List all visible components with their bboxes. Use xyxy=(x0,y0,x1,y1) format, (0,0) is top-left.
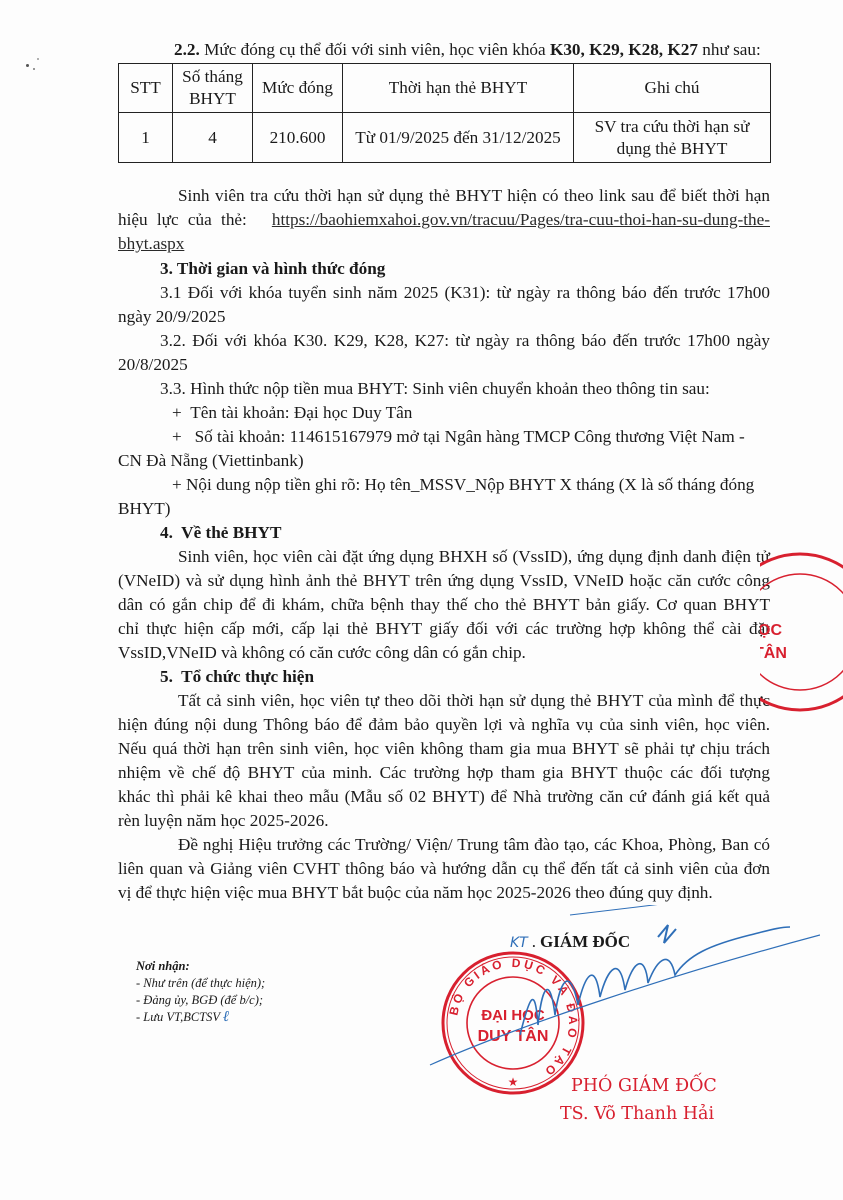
section-5-heading: 5. Tổ chức thực hiện xyxy=(160,665,314,689)
table-header-row: STT Số thángBHYT Mức đóng Thời hạn thẻ B… xyxy=(119,64,771,113)
table-row: 1 4 210.600 Từ 01/9/2025 đến 31/12/2025 … xyxy=(119,113,771,163)
bullet-text: Nội dung nộp tiền ghi rõ: Họ tên_MSSV_Nộ… xyxy=(186,475,754,494)
recipient-text: - Lưu VT,BCTSV xyxy=(136,1010,220,1024)
bullet-marker: + xyxy=(172,427,182,446)
bullet-account-number-cont: CN Đà Nẵng (Viettinbank) xyxy=(118,449,304,473)
section-4-line: (VNeID) và sử dụng hình ảnh thẻ BHYT trê… xyxy=(118,569,770,593)
section-5-para2-line: liên quan và Giảng viên CVHT thông báo v… xyxy=(118,857,770,881)
recipient-item: - Đảng ủy, BGĐ (để b/c); xyxy=(136,992,265,1009)
section-5-para1-line: Tất cả sinh viên, học viên tự theo dõi t… xyxy=(178,689,770,713)
header-months-line1: Số tháng xyxy=(182,67,243,86)
stamp-partial-line2: TÂN xyxy=(760,643,787,662)
handwritten-signature xyxy=(420,905,820,1075)
initial-mark: ℓ xyxy=(223,1009,229,1025)
section-5-para1-line: khác thì phải kê khai theo mẫu (Mẫu số 0… xyxy=(118,785,770,809)
section-number: 2.2. xyxy=(174,40,200,59)
heading-text: Mức đóng cụ thể đối với sinh viên, học v… xyxy=(200,40,550,59)
recipient-item: - Lưu VT,BCTSV ℓ xyxy=(136,1009,265,1026)
section-4-heading: 4. Về thẻ BHYT xyxy=(160,521,281,545)
bullet-text: Số tài khoản: 114615167979 mở tại Ngân h… xyxy=(195,427,745,446)
bullet-text: Tên tài khoản: Đại học Duy Tân xyxy=(190,403,412,422)
cell-fee: 210.600 xyxy=(253,113,343,163)
header-fee: Mức đóng xyxy=(253,64,343,113)
header-stt: STT xyxy=(119,64,173,113)
fee-table: STT Số thángBHYT Mức đóng Thời hạn thẻ B… xyxy=(118,63,771,163)
header-months: Số thángBHYT xyxy=(173,64,253,113)
item-3-3: 3.3. Hình thức nộp tiền mua BHYT: Sinh v… xyxy=(160,377,710,401)
signer-role: PHÓ GIÁM ĐỐC xyxy=(571,1076,717,1096)
bullet-marker: + xyxy=(172,403,182,422)
section-2-2-heading: 2.2. Mức đóng cụ thể đối với sinh viên, … xyxy=(174,38,761,62)
lookup-line3: bhyt.aspx xyxy=(118,232,184,256)
stamp-star-icon: ★ xyxy=(508,1075,519,1089)
cell-period: Từ 01/9/2025 đến 31/12/2025 xyxy=(343,113,574,163)
item-3-2-line2: 20/8/2025 xyxy=(118,353,188,377)
section-5-para1-line: nhiệm về chế độ BHYT của minh. Các trườn… xyxy=(118,761,770,785)
cell-stt: 1 xyxy=(119,113,173,163)
scan-speck xyxy=(33,68,35,70)
cell-months: 4 xyxy=(173,113,253,163)
section-4-line: dân có gắn chip để đi khám, chữa bệnh th… xyxy=(118,593,770,617)
partial-stamp: ỌC TÂN ĐÀO TẠO xyxy=(760,540,843,740)
bhyt-lookup-link-cont[interactable]: bhyt.aspx xyxy=(118,234,184,253)
section-3-heading: 3. Thời gian và hình thức đóng xyxy=(160,257,385,281)
section-4-line: Sinh viên, học viên cài đặt ứng dụng BHX… xyxy=(178,545,770,569)
section-5-para1-line: Nếu quá thời hạn trên sinh viên, học viê… xyxy=(118,737,770,761)
cell-note: SV tra cứu thời hạn sửdụng thẻ BHYT xyxy=(574,113,771,163)
bullet-payment-content: + Nội dung nộp tiền ghi rõ: Họ tên_MSSV_… xyxy=(172,473,754,497)
bullet-payment-content-cont: BHYT) xyxy=(118,497,171,521)
header-note: Ghi chú xyxy=(574,64,771,113)
bullet-marker: + xyxy=(172,475,182,494)
heading-text-end: như sau: xyxy=(698,40,761,59)
lookup-line1: Sinh viên tra cứu thời hạn sử dụng thẻ B… xyxy=(178,184,770,208)
section-4-line: VssID,VNeID và không có căn cước công dâ… xyxy=(118,641,526,665)
scan-speck xyxy=(37,58,39,60)
stamp-partial-line1: ỌC xyxy=(760,622,782,639)
header-period: Thời hạn thẻ BHYT xyxy=(343,64,574,113)
bhyt-lookup-link[interactable]: https://baohiemxahoi.gov.vn/tracuu/Pages… xyxy=(272,208,770,232)
recipient-item: - Như trên (để thực hiện); xyxy=(136,975,265,992)
note-line1: SV tra cứu thời hạn sử xyxy=(595,117,750,136)
signer-name: TS. Võ Thanh Hải xyxy=(560,1104,714,1124)
course-list: K30, K29, K28, K27 xyxy=(550,40,698,59)
item-3-2-line1: 3.2. Đối với khóa K30. K29, K28, K27: từ… xyxy=(160,329,770,353)
section-5-para1-line: rèn luyện năm học 2025-2026. xyxy=(118,809,329,833)
bullet-account-name: + Tên tài khoản: Đại học Duy Tân xyxy=(172,401,412,425)
section-4-line: chỉ thực hiện cấp mới, cấp lại thẻ BHYT … xyxy=(118,617,770,641)
scan-speck xyxy=(26,64,29,67)
section-5-para2-line: Đề nghị Hiệu trưởng các Trường/ Viện/ Tr… xyxy=(178,833,770,857)
item-3-1-line2: ngày 20/9/2025 xyxy=(118,305,225,329)
section-5-para2-line: vị để thực hiện việc mua BHYT bắt buộc c… xyxy=(118,881,713,905)
recipients-heading: Nơi nhận: xyxy=(136,958,265,975)
note-line2: dụng thẻ BHYT xyxy=(617,139,728,158)
bullet-account-number: + Số tài khoản: 114615167979 mở tại Ngân… xyxy=(172,425,745,449)
item-3-1-line1: 3.1 Đối với khóa tuyển sinh năm 2025 (K3… xyxy=(160,281,770,305)
lookup-prefix: hiệu lực của thẻ: xyxy=(118,208,247,232)
recipients-block: Nơi nhận: - Như trên (để thực hiện); - Đ… xyxy=(136,958,265,1026)
lookup-line2: hiệu lực của thẻ: https://baohiemxahoi.g… xyxy=(118,208,770,232)
header-months-line2: BHYT xyxy=(189,89,236,108)
section-5-para1-line: hiện đúng nội dung Thông báo để đảm bảo … xyxy=(118,713,770,737)
